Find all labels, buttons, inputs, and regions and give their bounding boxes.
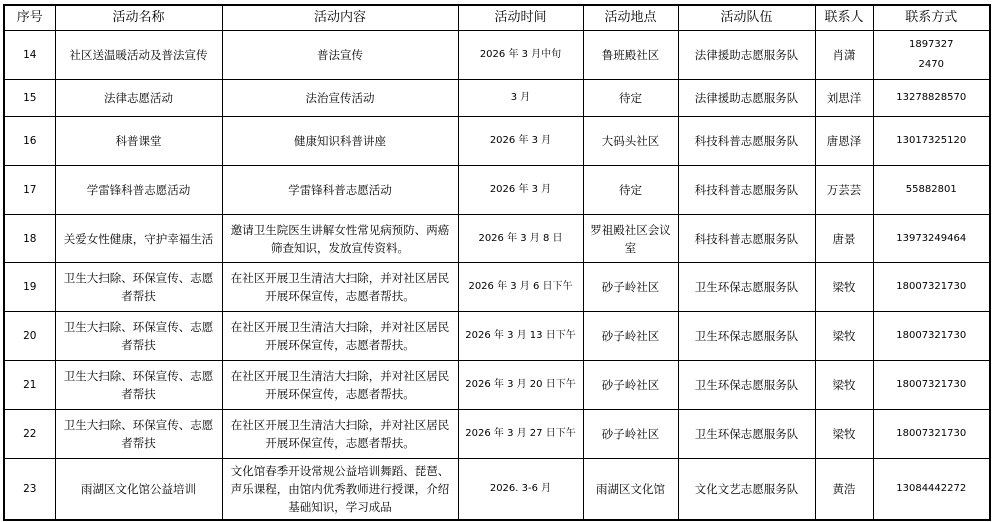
cell-team: 卫生环保志愿服务队 bbox=[678, 312, 815, 361]
cell-no: 17 bbox=[4, 166, 55, 215]
cell-place: 鲁班殿社区 bbox=[583, 31, 678, 80]
cell-name: 关爱女性健康，守护幸福生活 bbox=[55, 215, 222, 263]
table-row: 19 卫生大扫除、环保宣传、志愿者帮扶 在社区开展卫生清洁大扫除，并对社区居民开… bbox=[4, 263, 990, 312]
table-row: 17 学雷锋科普志愿活动 学雷锋科普志愿活动 2026 年 3 月 待定 科技科… bbox=[4, 166, 990, 215]
cell-name: 社区送温暖活动及普法宣传 bbox=[55, 31, 222, 80]
cell-place: 砂子岭社区 bbox=[583, 263, 678, 312]
cell-no: 19 bbox=[4, 263, 55, 312]
cell-contact: 肖潇 bbox=[815, 31, 873, 80]
cell-place: 砂子岭社区 bbox=[583, 361, 678, 410]
header-row: 序号 活动名称 活动内容 活动时间 活动地点 活动队伍 联系人 联系方式 bbox=[4, 5, 990, 31]
cell-contact: 梁牧 bbox=[815, 410, 873, 459]
header-contact: 联系人 bbox=[815, 5, 873, 31]
cell-content: 文化馆春季开设常规公益培训舞蹈、琵琶、声乐课程，由馆内优秀教师进行授课，介绍基础… bbox=[222, 459, 458, 520]
header-time: 活动时间 bbox=[458, 5, 583, 31]
cell-phone: 13278828570 bbox=[873, 80, 990, 117]
cell-no: 22 bbox=[4, 410, 55, 459]
cell-content: 在社区开展卫生清洁大扫除，并对社区居民开展环保宣传，志愿者帮扶。 bbox=[222, 410, 458, 459]
cell-contact: 梁牧 bbox=[815, 312, 873, 361]
cell-phone: 18007321730 bbox=[873, 361, 990, 410]
table-row: 20 卫生大扫除、环保宣传、志愿者帮扶 在社区开展卫生清洁大扫除，并对社区居民开… bbox=[4, 312, 990, 361]
header-team: 活动队伍 bbox=[678, 5, 815, 31]
cell-no: 18 bbox=[4, 215, 55, 263]
table-row: 23 雨湖区文化馆公益培训 文化馆春季开设常规公益培训舞蹈、琵琶、声乐课程，由馆… bbox=[4, 459, 990, 520]
cell-team: 文化文艺志愿服务队 bbox=[678, 459, 815, 520]
cell-time: 2026 年 3 月 6 日下午 bbox=[458, 263, 583, 312]
cell-time: 2026 年 3 月 8 日 bbox=[458, 215, 583, 263]
cell-phone: 13973249464 bbox=[873, 215, 990, 263]
cell-time: 2026 年 3 月中旬 bbox=[458, 31, 583, 80]
table-row: 21 卫生大扫除、环保宣传、志愿者帮扶 在社区开展卫生清洁大扫除，并对社区居民开… bbox=[4, 361, 990, 410]
cell-time: 2026 年 3 月 27 日下午 bbox=[458, 410, 583, 459]
cell-phone: 13084442272 bbox=[873, 459, 990, 520]
cell-no: 14 bbox=[4, 31, 55, 80]
cell-no: 16 bbox=[4, 117, 55, 166]
cell-time: 2026 年 3 月 bbox=[458, 117, 583, 166]
cell-contact: 唐景 bbox=[815, 215, 873, 263]
cell-no: 23 bbox=[4, 459, 55, 520]
cell-team: 科技科普志愿服务队 bbox=[678, 117, 815, 166]
activity-table-container: 序号 活动名称 活动内容 活动时间 活动地点 活动队伍 联系人 联系方式 14 … bbox=[3, 4, 991, 521]
cell-content: 在社区开展卫生清洁大扫除，并对社区居民开展环保宣传，志愿者帮扶。 bbox=[222, 312, 458, 361]
cell-phone: 18007321730 bbox=[873, 410, 990, 459]
cell-team: 卫生环保志愿服务队 bbox=[678, 361, 815, 410]
header-phone: 联系方式 bbox=[873, 5, 990, 31]
cell-name: 卫生大扫除、环保宣传、志愿者帮扶 bbox=[55, 361, 222, 410]
cell-name: 卫生大扫除、环保宣传、志愿者帮扶 bbox=[55, 312, 222, 361]
cell-team: 法律援助志愿服务队 bbox=[678, 80, 815, 117]
cell-content: 法治宣传活动 bbox=[222, 80, 458, 117]
cell-name: 科普课堂 bbox=[55, 117, 222, 166]
cell-contact: 刘思洋 bbox=[815, 80, 873, 117]
cell-place: 待定 bbox=[583, 80, 678, 117]
cell-contact: 唐恩泽 bbox=[815, 117, 873, 166]
cell-contact: 梁牧 bbox=[815, 263, 873, 312]
cell-name: 卫生大扫除、环保宣传、志愿者帮扶 bbox=[55, 410, 222, 459]
cell-time: 2026 年 3 月 13 日下午 bbox=[458, 312, 583, 361]
cell-team: 科技科普志愿服务队 bbox=[678, 166, 815, 215]
cell-team: 科技科普志愿服务队 bbox=[678, 215, 815, 263]
phone-line-2: 2470 bbox=[878, 55, 986, 75]
cell-time: 2026 年 3 月 bbox=[458, 166, 583, 215]
cell-team: 法律援助志愿服务队 bbox=[678, 31, 815, 80]
header-content: 活动内容 bbox=[222, 5, 458, 31]
table-row: 18 关爱女性健康，守护幸福生活 邀请卫生院医生讲解女性常见病预防、两癌筛查知识… bbox=[4, 215, 990, 263]
cell-place: 罗祖殿社区会议室 bbox=[583, 215, 678, 263]
cell-time: 3 月 bbox=[458, 80, 583, 117]
cell-name: 卫生大扫除、环保宣传、志愿者帮扶 bbox=[55, 263, 222, 312]
table-row: 22 卫生大扫除、环保宣传、志愿者帮扶 在社区开展卫生清洁大扫除，并对社区居民开… bbox=[4, 410, 990, 459]
cell-no: 15 bbox=[4, 80, 55, 117]
cell-phone: 1897327 2470 bbox=[873, 31, 990, 80]
cell-time: 2026 年 3 月 20 日下午 bbox=[458, 361, 583, 410]
cell-content: 普法宣传 bbox=[222, 31, 458, 80]
cell-name: 法律志愿活动 bbox=[55, 80, 222, 117]
cell-phone: 55882801 bbox=[873, 166, 990, 215]
cell-no: 21 bbox=[4, 361, 55, 410]
cell-place: 砂子岭社区 bbox=[583, 312, 678, 361]
cell-phone: 13017325120 bbox=[873, 117, 990, 166]
cell-name: 学雷锋科普志愿活动 bbox=[55, 166, 222, 215]
cell-place: 雨湖区文化馆 bbox=[583, 459, 678, 520]
header-name: 活动名称 bbox=[55, 5, 222, 31]
cell-name: 雨湖区文化馆公益培训 bbox=[55, 459, 222, 520]
cell-no: 20 bbox=[4, 312, 55, 361]
header-place: 活动地点 bbox=[583, 5, 678, 31]
cell-content: 健康知识科普讲座 bbox=[222, 117, 458, 166]
cell-time: 2026. 3-6 月 bbox=[458, 459, 583, 520]
table-row: 15 法律志愿活动 法治宣传活动 3 月 待定 法律援助志愿服务队 刘思洋 13… bbox=[4, 80, 990, 117]
table-row: 14 社区送温暖活动及普法宣传 普法宣传 2026 年 3 月中旬 鲁班殿社区 … bbox=[4, 31, 990, 80]
activity-table: 序号 活动名称 活动内容 活动时间 活动地点 活动队伍 联系人 联系方式 14 … bbox=[3, 4, 991, 521]
cell-contact: 万芸芸 bbox=[815, 166, 873, 215]
cell-content: 在社区开展卫生清洁大扫除，并对社区居民开展环保宣传，志愿者帮扶。 bbox=[222, 263, 458, 312]
cell-place: 大码头社区 bbox=[583, 117, 678, 166]
cell-place: 砂子岭社区 bbox=[583, 410, 678, 459]
phone-line-1: 1897327 bbox=[878, 35, 986, 55]
cell-contact: 黄浩 bbox=[815, 459, 873, 520]
cell-content: 邀请卫生院医生讲解女性常见病预防、两癌筛查知识，发放宣传资料。 bbox=[222, 215, 458, 263]
cell-team: 卫生环保志愿服务队 bbox=[678, 263, 815, 312]
cell-contact: 梁牧 bbox=[815, 361, 873, 410]
cell-phone: 18007321730 bbox=[873, 312, 990, 361]
header-no: 序号 bbox=[4, 5, 55, 31]
cell-team: 卫生环保志愿服务队 bbox=[678, 410, 815, 459]
cell-content: 在社区开展卫生清洁大扫除，并对社区居民开展环保宣传，志愿者帮扶。 bbox=[222, 361, 458, 410]
cell-phone: 18007321730 bbox=[873, 263, 990, 312]
cell-place: 待定 bbox=[583, 166, 678, 215]
cell-content: 学雷锋科普志愿活动 bbox=[222, 166, 458, 215]
table-row: 16 科普课堂 健康知识科普讲座 2026 年 3 月 大码头社区 科技科普志愿… bbox=[4, 117, 990, 166]
